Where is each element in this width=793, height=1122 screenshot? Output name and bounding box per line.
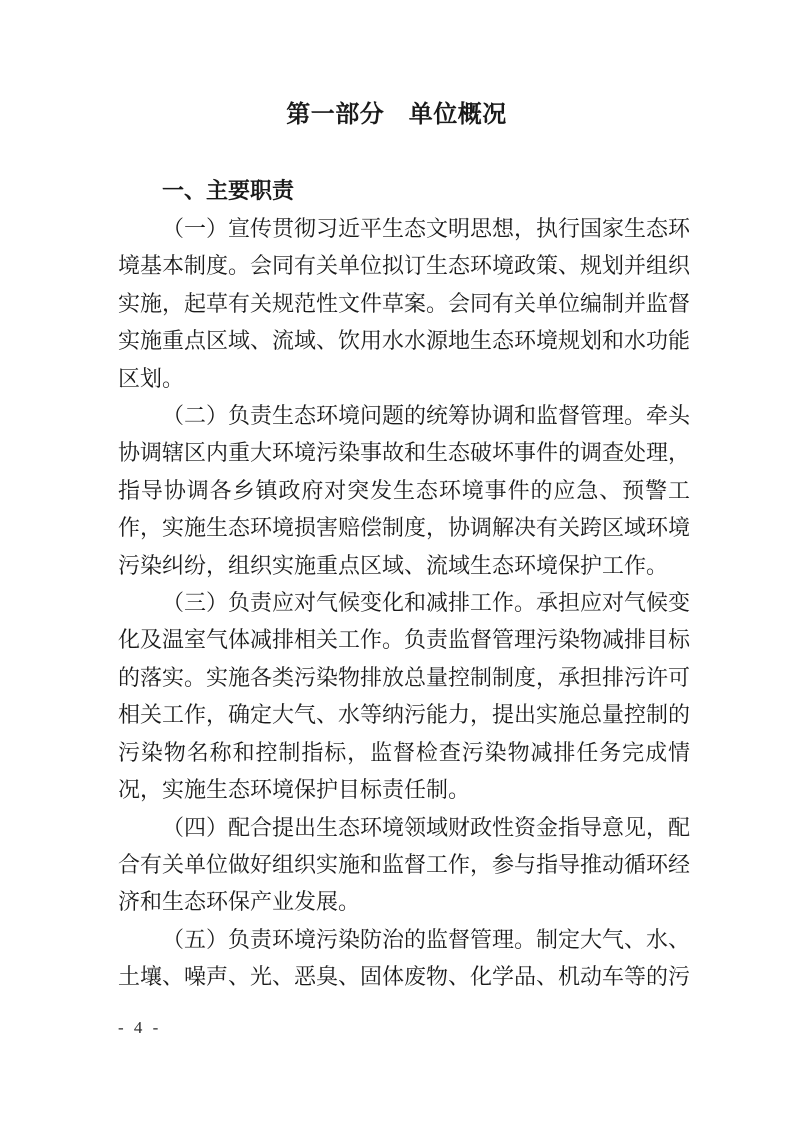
paragraph-duty-4: （四）配合提出生态环境领域财政性资金指导意见，配合有关单位做好组织实施和监督工作… bbox=[118, 809, 690, 921]
document-title: 第一部分 单位概况 bbox=[0, 97, 793, 133]
page-number: - 4 - bbox=[118, 1015, 161, 1041]
document-body: （一）宣传贯彻习近平生态文明思想，执行国家生态环境基本制度。会同有关单位拟订生态… bbox=[118, 210, 690, 996]
section-heading: 一、主要职责 bbox=[118, 177, 734, 205]
paragraph-duty-1: （一）宣传贯彻习近平生态文明思想，执行国家生态环境基本制度。会同有关单位拟订生态… bbox=[118, 210, 690, 397]
paragraph-duty-3: （三）负责应对气候变化和减排工作。承担应对气候变化及温室气体减排相关工作。负责监… bbox=[118, 584, 690, 808]
paragraph-duty-5: （五）负责环境污染防治的监督管理。制定大气、水、土壤、噪声、光、恶臭、固体废物、… bbox=[118, 921, 690, 996]
paragraph-duty-2: （二）负责生态环境问题的统筹协调和监督管理。牵头协调辖区内重大环境污染事故和生态… bbox=[118, 397, 690, 584]
document-page: 第一部分 单位概况 一、主要职责 （一）宣传贯彻习近平生态文明思想，执行国家生态… bbox=[0, 0, 793, 1122]
